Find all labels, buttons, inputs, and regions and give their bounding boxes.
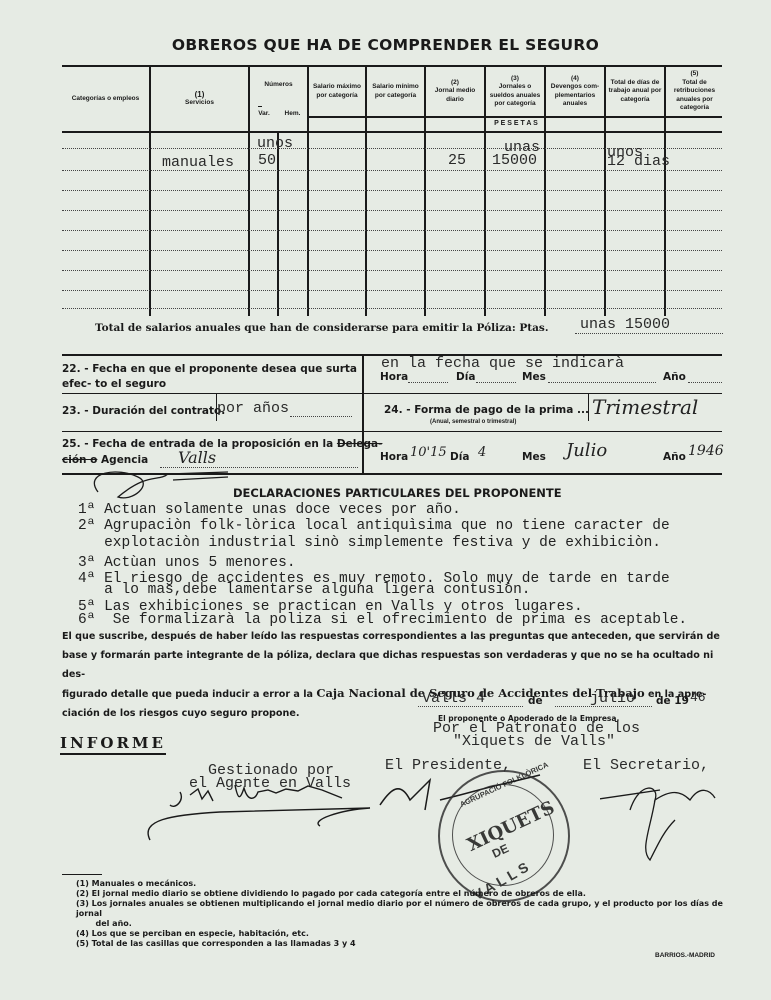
place-field — [418, 706, 523, 707]
row-line — [62, 230, 722, 231]
header-total-ret: (5) Total de retribuciones anuales por c… — [667, 67, 722, 116]
row-line — [62, 190, 722, 191]
q25-ano-label: Año — [663, 451, 686, 463]
footnote-item: del año. — [76, 919, 736, 929]
header-devengos: (4) Devengos com- plementarios anuales — [547, 67, 603, 116]
header-servicios-num: (1) — [195, 91, 205, 100]
footnote-item: (1) Manuales o mecánicos. — [76, 879, 736, 889]
header-salario-min-label: Salario mínimo por categoría — [368, 83, 423, 100]
col-divider — [544, 66, 546, 316]
form-title: OBREROS QUE HA DE COMPRENDER EL SEGURO — [0, 36, 771, 54]
row-servicios: manuales — [162, 154, 234, 171]
year-suffix-value[interactable]: 46 — [690, 690, 706, 705]
header-pesetas-label: P E S E T A S — [494, 120, 538, 129]
q25-dia-label: Día — [450, 451, 469, 463]
header-jornal: (2) Jornal medio diario — [427, 67, 483, 116]
header-categorias: Categorías o empleos — [62, 67, 149, 131]
q22-label: 22. - Fecha en que el proponente desea q… — [62, 362, 362, 392]
declaraciones-heading: DECLARACIONES PARTICULARES DEL PROPONENT… — [233, 486, 562, 500]
q23-bottom-border — [62, 431, 722, 432]
header-servicios: (1) Servicios — [151, 67, 248, 131]
header-jornales-label: Jornales o sueldos anuales por categoría — [487, 83, 543, 109]
declaration-line: base y formarán parte integrante de la p… — [62, 646, 727, 684]
q22-hora-field[interactable] — [408, 382, 448, 383]
col-divider — [365, 66, 367, 316]
declaracion-item: 3ª Actùan unos 5 menores. — [78, 556, 296, 570]
declaracion-item: 2ª Agrupaciòn folk-lòrica local antiquìs… — [78, 519, 670, 533]
header-devengos-num: (4) — [571, 75, 579, 84]
col-divider — [484, 66, 486, 316]
q22-dia-field[interactable] — [476, 382, 516, 383]
row-line — [62, 250, 722, 251]
q25-ano-value[interactable]: 1946 — [688, 443, 724, 459]
month-value[interactable]: julio — [590, 690, 635, 707]
col-divider — [664, 66, 666, 316]
section-divider — [362, 355, 364, 473]
header-total-dias-label: Total de días de trabajo anual por categ… — [607, 79, 663, 105]
q24-label: 24. - Forma de pago de la prima ... — [384, 404, 589, 416]
header-total-dias: Total de días de trabajo anual por categ… — [607, 67, 663, 116]
q22-dia-label: Día — [456, 371, 475, 383]
header-numeros-label: Números — [264, 81, 292, 90]
header-salario-max: Salario máximo por categoría — [310, 67, 364, 116]
row-line — [62, 270, 722, 271]
q22-value: en la fecha que se indicarà — [381, 355, 624, 372]
informe-heading: INFORME — [60, 734, 166, 755]
col-divider — [424, 66, 426, 316]
row-line — [62, 210, 722, 211]
total-salarios-label: Total de salarios anuales que han de con… — [95, 322, 548, 334]
header-salario-min: Salario mínimo por categoría — [368, 67, 423, 116]
year-prefix-label: de 19 — [656, 695, 689, 707]
footnotes: (1) Manuales o mecánicos. (2) El jornal … — [76, 879, 736, 949]
header-servicios-label: Servicios — [185, 99, 214, 108]
header-numeros: Números — [250, 70, 307, 100]
agent-signature-icon — [140, 780, 400, 850]
col-divider — [604, 66, 606, 316]
q22-ano-field[interactable] — [688, 382, 722, 383]
q22-hora-label: Hora — [380, 371, 408, 383]
footnote-separator — [62, 874, 102, 875]
row-line — [62, 170, 722, 171]
header-devengos-label: Devengos com- plementarios anuales — [547, 83, 603, 109]
declaracion-item: 6ª Se formalizarà la poliza si el ofreci… — [78, 613, 687, 627]
q25-struck-text: Delega- — [337, 438, 383, 450]
header-jornal-num: (2) — [451, 79, 459, 88]
secretary-signature-icon — [600, 770, 730, 870]
header-salario-max-label: Salario máximo por categoría — [310, 83, 364, 100]
header-var-label: Var. — [258, 110, 270, 119]
declaration-text: figurado detalle que pueda inducir a err… — [62, 689, 313, 700]
declaracion-item: explotaciòn industrial sinò simplemente … — [78, 536, 661, 550]
row-jornal: 25 — [448, 152, 466, 169]
q22-bottom-border — [62, 393, 722, 394]
q25-dia-value[interactable]: 4 — [478, 445, 486, 460]
header-hem: Hem. — [278, 104, 307, 124]
q23-label: 23. - Duración del contrato. — [62, 405, 225, 417]
q24-sublabel: (Anual, semestral o trimestral) — [430, 419, 516, 425]
row-dias: 12 dias — [607, 153, 670, 170]
q25-hora-label: Hora — [380, 451, 408, 463]
q22-mes-field[interactable] — [548, 382, 656, 383]
q24-divider — [588, 393, 589, 421]
q24-value[interactable]: Trimestral — [592, 395, 698, 419]
footnote-item: (3) Los jornales anuales se obtienen mul… — [76, 899, 736, 919]
row-line — [62, 290, 722, 291]
row-var: 50 — [258, 152, 276, 169]
q22-mes-label: Mes — [522, 371, 546, 383]
header-jornales-num: (3) — [511, 75, 519, 84]
header-jornal-label: Jornal medio diario — [427, 87, 483, 104]
header-total-ret-num: (5) — [691, 70, 699, 79]
q25-label-a: 25. - Fecha de entrada de la proposición… — [62, 438, 382, 450]
col-divider — [307, 66, 309, 316]
q23-field — [290, 416, 352, 417]
declaracion-item: a lo mas,debe lamentarse alguna ligera c… — [78, 583, 530, 597]
q22-ano-label: Año — [663, 371, 686, 383]
header-categorias-label: Categorías o empleos — [72, 95, 140, 104]
row-var-top: unos — [257, 135, 293, 152]
date-de-label: de — [528, 695, 543, 707]
printer-imprint: BARRIOS.-MADRID — [655, 952, 715, 959]
declaration-line: El que suscribe, después de haber leído … — [62, 627, 727, 646]
row-jornales: 15000 — [492, 152, 537, 169]
header-pesetas: P E S E T A S — [310, 118, 722, 131]
q25-mes-label: Mes — [522, 451, 546, 463]
q25-hora-value[interactable]: 10'15 — [410, 445, 447, 460]
header-hem-label: Hem. — [285, 110, 301, 119]
q25-mes-value[interactable]: Julio — [566, 440, 607, 461]
total-salarios-value: unas 15000 — [580, 316, 670, 333]
header-bottom-border — [62, 131, 722, 133]
footnote-item: (5) Total de las casillas que correspond… — [76, 939, 736, 949]
header-total-ret-label: Total de retribuciones anuales por categ… — [667, 79, 722, 113]
declaration-paragraph: El que suscribe, después de haber leído … — [62, 627, 727, 723]
row-line — [62, 308, 722, 309]
header-jornales: (3) Jornales o sueldos anuales por categ… — [487, 67, 543, 116]
q23-value[interactable]: por años — [217, 400, 289, 417]
header-var: Var. — [250, 104, 278, 124]
total-dotted-line — [575, 333, 723, 334]
patronato-line2: "Xiquets de Valls" — [453, 733, 615, 750]
place-value[interactable]: Valls 4 — [422, 690, 485, 707]
footnote-item: (2) El jornal medio diario se obtiene di… — [76, 889, 736, 899]
footnote-item: (4) Los que se perciban en especie, habi… — [76, 929, 736, 939]
var-hem-divider — [277, 133, 279, 316]
declaracion-item: 1ª Actuan solamente unas doce veces por … — [78, 503, 461, 517]
month-field — [555, 706, 652, 707]
